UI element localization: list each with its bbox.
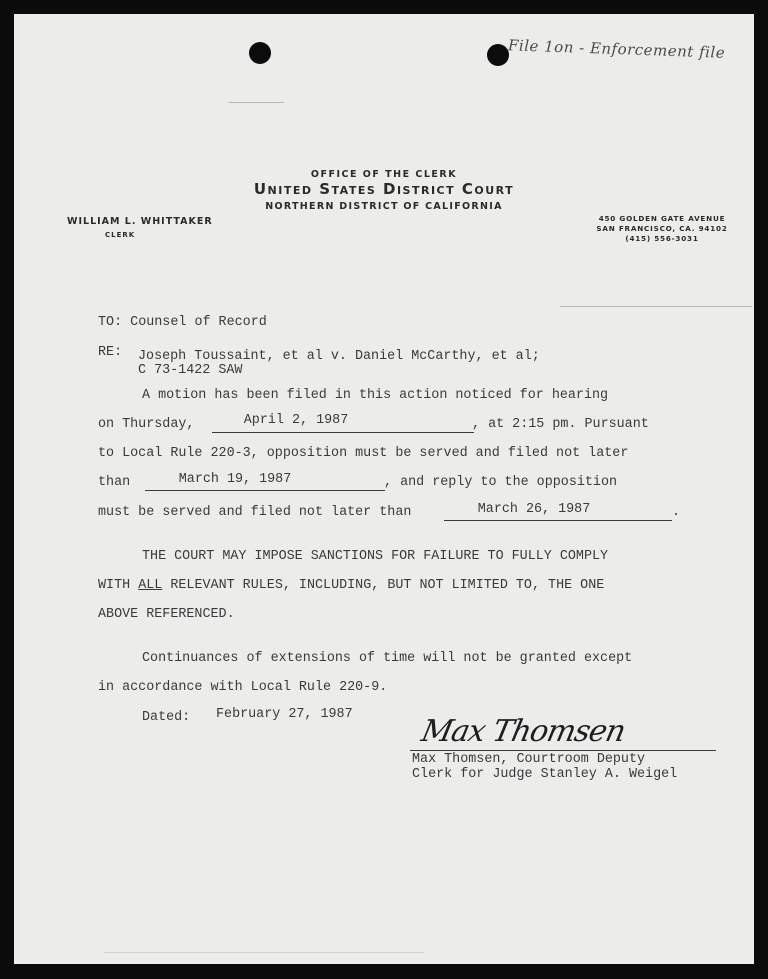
to-label: TO:: [98, 315, 122, 330]
hearing-date: April 2, 1987: [212, 413, 380, 428]
court-address: 450 GOLDEN GATE AVENUE SAN FRANCISCO, CA…: [582, 214, 742, 244]
re-case-name: Joseph Toussaint, et al v. Daniel McCart…: [138, 349, 540, 364]
reply-date: March 26, 1987: [444, 502, 624, 517]
sanctions-line1: THE COURT MAY IMPOSE SANCTIONS FOR FAILU…: [142, 549, 608, 564]
sanctions-emphasis: ALL: [138, 578, 162, 593]
sanctions-line2-pre: WITH: [98, 578, 130, 593]
body-line2-pre: on Thursday,: [98, 417, 194, 432]
address-line2: SAN FRANCISCO, CA. 94102: [582, 224, 742, 234]
body-line4-post: , and reply to the opposition: [384, 475, 617, 490]
phone-number: (415) 556-3031: [582, 234, 742, 244]
continuances-line1: Continuances of extensions of time will …: [142, 651, 632, 666]
body-line4-pre: than: [98, 475, 130, 490]
dated-label: Dated:: [142, 710, 190, 725]
header-divider: [560, 306, 752, 307]
signer-title: Clerk for Judge Stanley A. Weigel: [412, 767, 677, 782]
reply-date-underline: [444, 520, 672, 521]
letterhead-court: United States District Court: [14, 180, 754, 198]
continuances-line2: in accordance with Local Rule 220-9.: [98, 680, 387, 695]
letterhead-district: NORTHERN DISTRICT OF CALIFORNIA: [14, 201, 754, 212]
hearing-date-underline: [212, 432, 474, 433]
re-label: RE:: [98, 345, 122, 360]
re-case-number: C 73-1422 SAW: [138, 363, 242, 378]
dated-value: February 27, 1987: [216, 707, 353, 722]
clerk-title: CLERK: [105, 231, 135, 239]
opposition-date: March 19, 1987: [145, 472, 325, 487]
body-line3: to Local Rule 220-3, opposition must be …: [98, 446, 628, 461]
body-line1: A motion has been filed in this action n…: [142, 388, 608, 403]
sanctions-line2: WITH ALL RELEVANT RULES, INCLUDING, BUT …: [98, 578, 604, 593]
to-value: Counsel of Record: [130, 315, 267, 330]
letterhead-office: OFFICE OF THE CLERK: [14, 169, 754, 180]
punch-hole-left: [249, 42, 271, 64]
body-line5-post: .: [672, 505, 680, 520]
scan-mark: [229, 102, 284, 103]
bottom-scan-mark: [104, 952, 424, 953]
handwritten-signature: Max Thomsen: [418, 714, 628, 749]
to-line: TO: Counsel of Record: [98, 315, 267, 330]
sanctions-line3: ABOVE REFERENCED.: [98, 607, 235, 622]
address-line1: 450 GOLDEN GATE AVENUE: [582, 214, 742, 224]
document-page: File 1on - Enforcement file OFFICE OF TH…: [14, 14, 754, 964]
punch-hole-right: [487, 44, 509, 66]
signer-name: Max Thomsen, Courtroom Deputy: [412, 752, 645, 767]
handwritten-note: File 1on - Enforcement file: [508, 36, 726, 62]
body-line2-post: , at 2:15 pm. Pursuant: [472, 417, 649, 432]
signature-line: [410, 750, 716, 751]
sanctions-line2-post: RELEVANT RULES, INCLUDING, BUT NOT LIMIT…: [170, 578, 604, 593]
opposition-date-underline: [145, 490, 385, 491]
body-line5-pre: must be served and filed not later than: [98, 505, 411, 520]
clerk-name: WILLIAM L. WHITTAKER: [67, 216, 213, 227]
